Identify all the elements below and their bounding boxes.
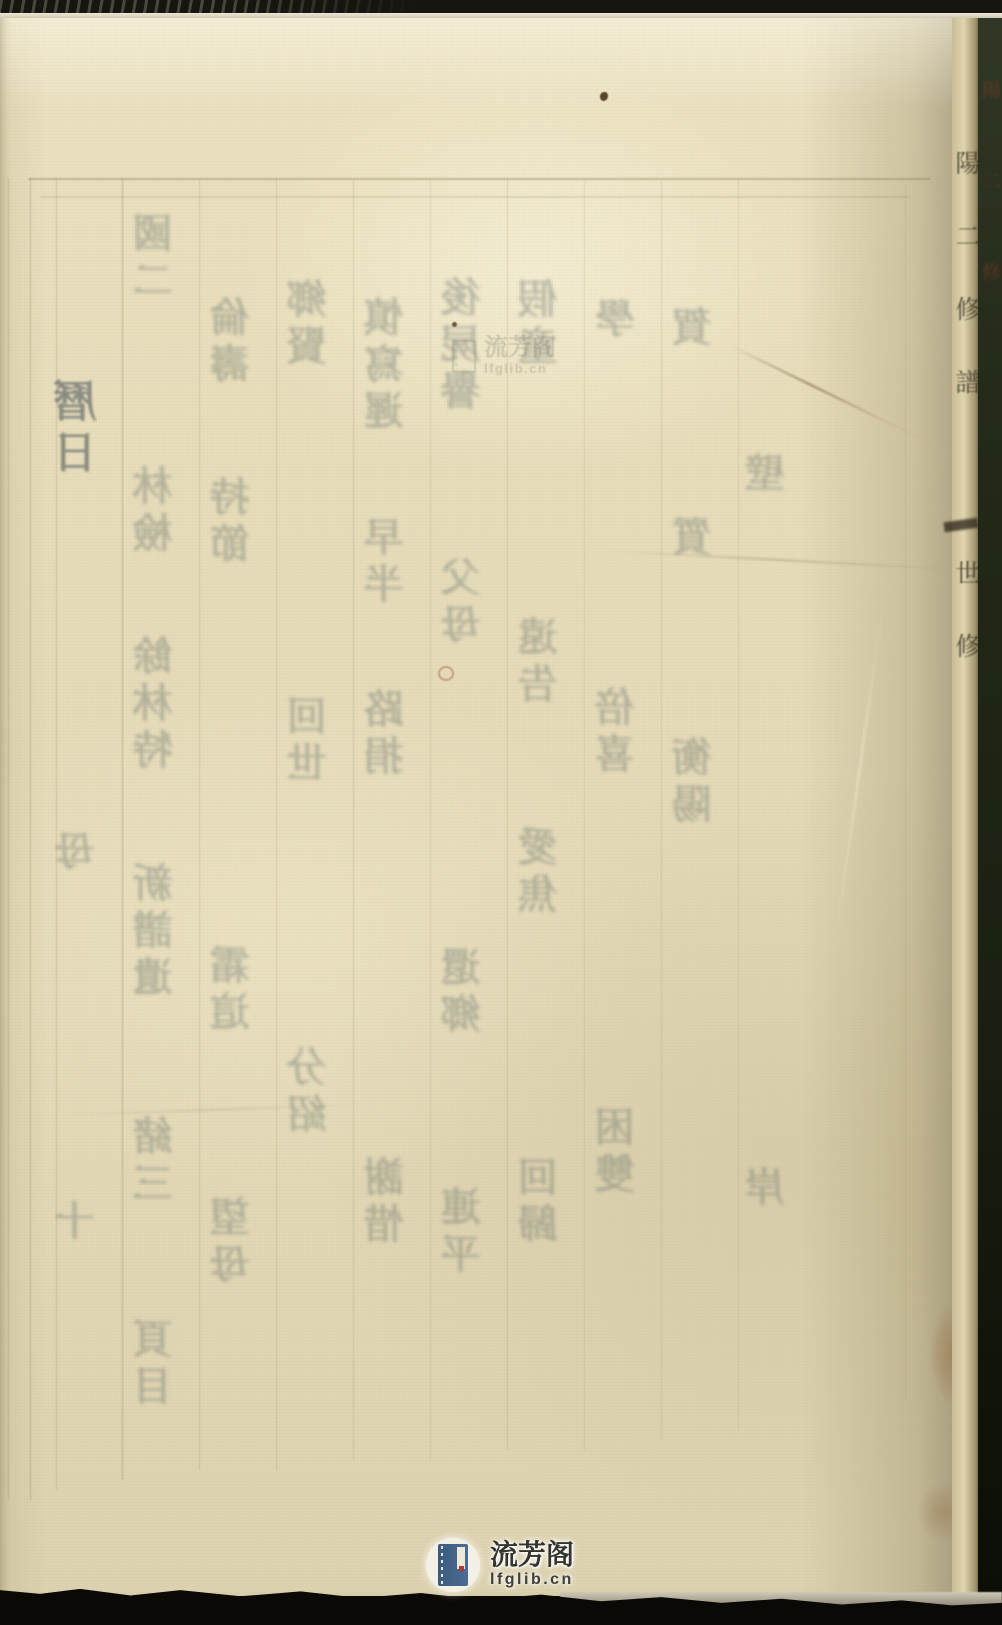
watermark-site-name: 流芳阁 — [490, 1541, 574, 1570]
book-icon — [438, 1544, 468, 1586]
bleedthrough-glyph-run: 曆日 — [58, 378, 102, 480]
bleedthrough-rule-vertical — [30, 178, 31, 1500]
bleedthrough-glyph-run: 岸 — [748, 1166, 788, 1213]
watermark-bottom: 流芳阁 lfglib.cn — [426, 1538, 574, 1592]
bleedthrough-glyph-run: 國二 — [136, 212, 176, 306]
bleedthrough-glyph-run: 困雙 — [598, 1106, 638, 1200]
gutter-glyph-run: 陽二修 — [980, 80, 999, 353]
bleedthrough-glyph-run: 母 — [58, 830, 98, 877]
photo-top-edge — [0, 0, 1002, 14]
bleedthrough-glyph-run: 十 — [58, 1200, 98, 1247]
bleedthrough-glyph-run: 分紹 — [290, 1046, 330, 1140]
scanned-book-photo: 流芳阁 lfglib.cn 曆日母十國二林檢餘林特新譜遺緒三頁目倫壽持節霜這望母… — [0, 0, 1002, 1625]
bleedthrough-rule-vertical — [276, 180, 277, 1470]
bleedthrough-rule-vertical — [122, 178, 123, 1480]
bleedthrough-rule-vertical — [584, 180, 585, 1450]
bleedthrough-rule-vertical — [661, 180, 662, 1440]
bleedthrough-glyph-run: 假童 — [521, 278, 561, 372]
bleedthrough-rule-vertical — [507, 180, 508, 1450]
bleedthrough-glyph-run: 後屍譽 — [444, 276, 484, 417]
bleedthrough-rule-horizontal — [28, 178, 930, 180]
bleedthrough-glyph-run: 慎寫遲 — [367, 296, 407, 437]
bleedthrough-rule-vertical — [430, 180, 431, 1460]
bleedthrough-glyph-run: 林檢 — [136, 465, 176, 559]
logo-circle — [426, 1538, 480, 1592]
bleedthrough-glyph-run: 倍喜 — [598, 686, 638, 780]
bleedthrough-glyph-run: 遠告 — [521, 616, 561, 710]
spine-glyph-run: 世修 — [953, 560, 978, 706]
bleedthrough-glyph-run: 早半 — [367, 516, 407, 610]
bleedthrough-glyph-run: 還鄉 — [444, 946, 484, 1040]
bleedthrough-glyph-run: 緒三 — [136, 1115, 176, 1209]
bleedthrough-glyph-run: 學 — [598, 298, 638, 345]
page-paper: 流芳阁 lfglib.cn 曆日母十國二林檢餘林特新譜遺緒三頁目倫壽持節霜這望母… — [0, 14, 952, 1596]
top-edge-scuff-marks — [0, 0, 420, 14]
spine-fold-strip: 陽二修譜世修 — [952, 14, 978, 1600]
bleedthrough-glyph-run: 新譜遺 — [136, 862, 176, 1003]
bleedthrough-glyph-run: 霜這 — [213, 944, 253, 1038]
bleedthrough-rule-vertical — [905, 185, 906, 1400]
bleedthrough-glyph-run: 質 — [675, 516, 715, 563]
page-top-edge-highlight — [0, 13, 1002, 18]
bleedthrough-glyph-run: 望母 — [213, 1196, 253, 1290]
bleedthrough-glyph-run: 餘林特 — [136, 635, 176, 776]
bleedthrough-rule-horizontal — [40, 196, 910, 198]
stain-ring — [438, 666, 454, 681]
bleedthrough-glyph-run: 衡陽 — [675, 736, 715, 830]
bleedthrough-rule-vertical — [738, 180, 739, 1430]
bleedthrough-glyph-run: 回世 — [290, 695, 330, 789]
bleedthrough-glyph-run: 謝惜 — [367, 1156, 407, 1250]
bleedthrough-glyph-run: 父母 — [444, 556, 484, 650]
watermark-site-url: lfglib.cn — [490, 1571, 574, 1589]
bleedthrough-rule-vertical — [199, 180, 200, 1470]
bleedthrough-glyph-run: 持節 — [213, 476, 253, 570]
bleedthrough-glyph-run: 鄉賢 — [290, 278, 330, 372]
spine-glyph-run: 陽二修譜 — [953, 150, 978, 442]
bleedthrough-glyph-run: 頁目 — [136, 1318, 176, 1412]
bleedthrough-glyph-run: 連平 — [444, 1186, 484, 1280]
binding-gutter-strip: 陽二修 — [978, 0, 1002, 1625]
bleedthrough-glyph-run: 愛焦 — [521, 826, 561, 920]
bleedthrough-rule-vertical — [353, 180, 354, 1460]
bleedthrough-glyph-run: 路捐 — [367, 688, 407, 782]
bleedthrough-rule-vertical — [8, 178, 9, 1500]
bleedthrough-glyph-run: 壁 — [748, 452, 788, 499]
bleedthrough-glyph-run: 倫壽 — [213, 296, 253, 390]
bleedthrough-glyph-run: 賀 — [675, 306, 715, 353]
bleedthrough-glyph-run: 回歸 — [521, 1156, 561, 1250]
